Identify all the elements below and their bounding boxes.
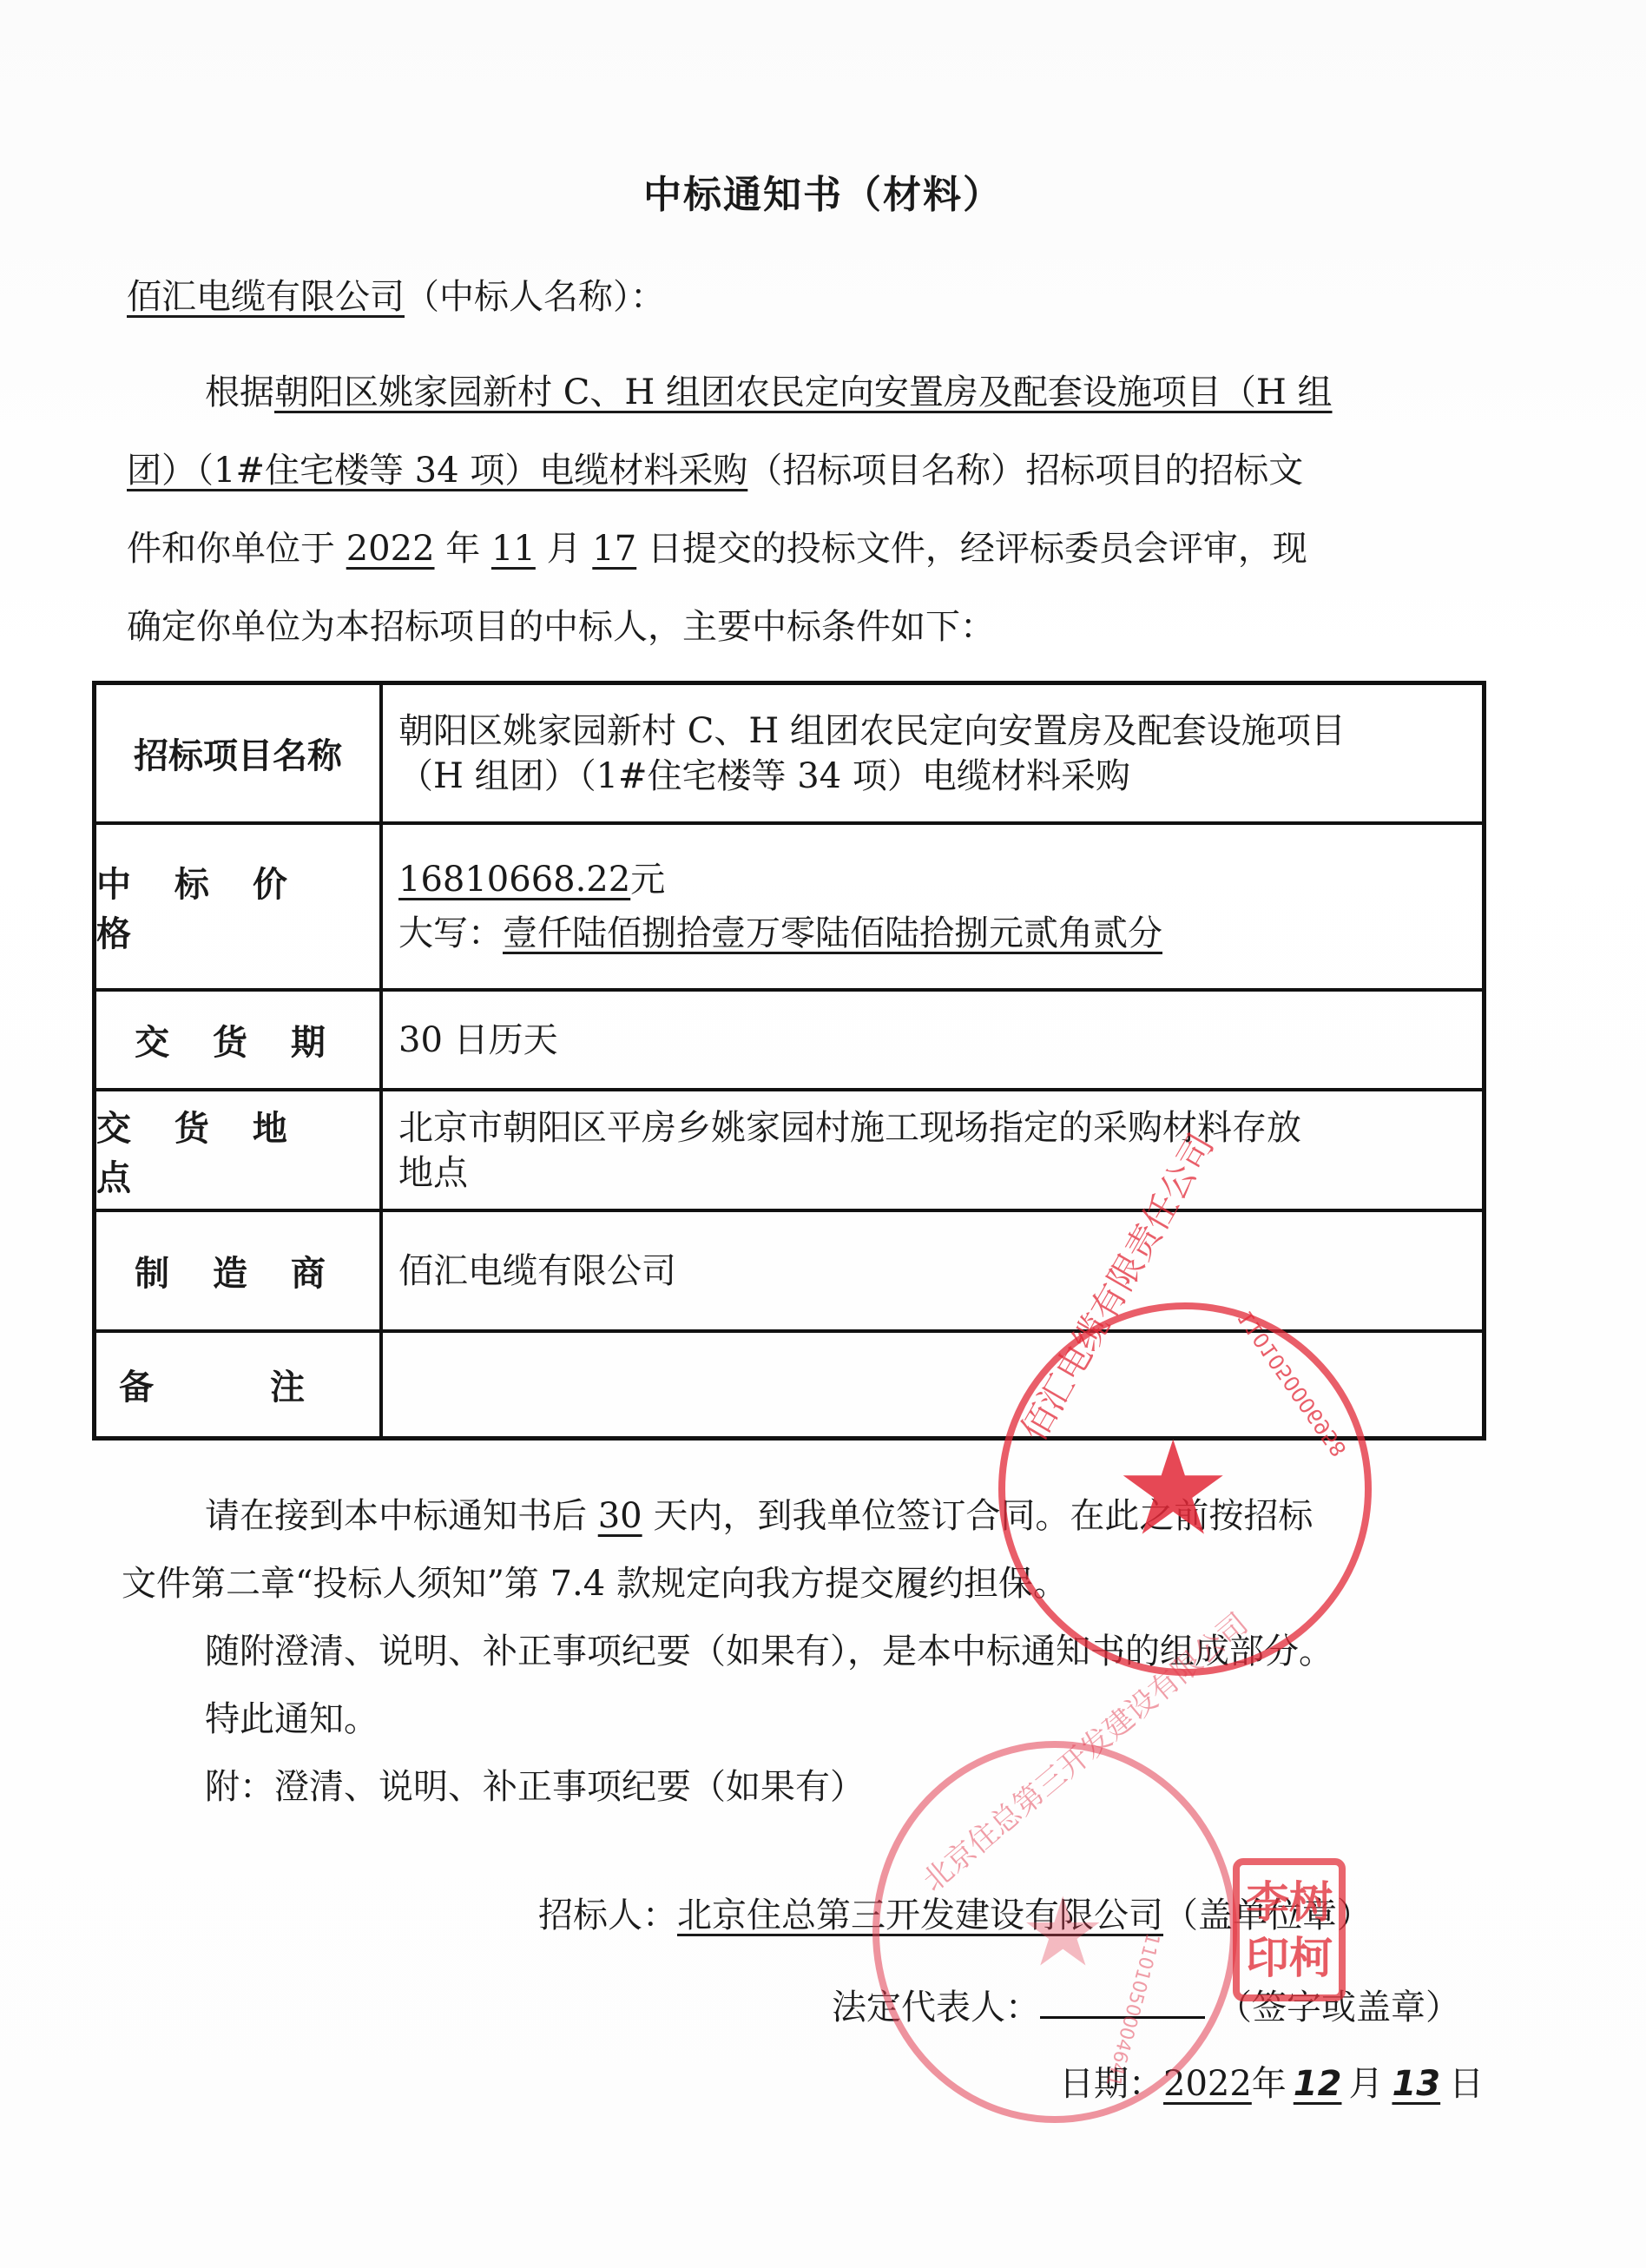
label-project-name: 招标项目名称 — [96, 685, 383, 821]
legal-rep-label: 法定代表人： — [832, 1988, 1040, 2027]
intro-text: 年 — [435, 529, 491, 569]
label-delivery-period: 交 货 期 — [96, 992, 383, 1088]
table-row-project-name: 招标项目名称 朝阳区姚家园新村 C、H 组团农民定向安置房及配套设施项目 （H … — [96, 685, 1482, 825]
table-row-manufacturer: 制 造 商 佰汇电缆有限公司 — [96, 1212, 1482, 1333]
delivery-location-line-2: 地点 — [398, 1150, 1466, 1196]
intro-line-2-suffix: （招标项目名称）招标项目的招标文 — [747, 451, 1303, 491]
date-month-unit: 月 — [1348, 2064, 1383, 2104]
body-para-3: 特此通知。 — [205, 1698, 379, 1740]
intro-prefix: 根据 — [205, 373, 274, 412]
contract-sign-days: 30 — [598, 1496, 642, 1536]
body-para-2: 随附澄清、说明、补正事项纪要（如果有），是本中标通知书的组成部分。 — [205, 1631, 1333, 1672]
value-delivery-period: 30 日历天 — [383, 992, 1482, 1088]
table-row-delivery-location: 交 货 地 点 北京市朝阳区平房乡姚家园村施工现场指定的采购材料存放 地点 — [96, 1091, 1482, 1212]
intro-project-name-part1: 朝阳区姚家园新村 C、H 组团农民定向安置房及配套设施项目（H 组 — [274, 373, 1333, 412]
date-year: 2022 — [1163, 2064, 1252, 2104]
value-delivery-location: 北京市朝阳区平房乡姚家园村施工现场指定的采购材料存放 地点 — [383, 1091, 1482, 1209]
intro-line-1: 根据朝阳区姚家园新村 C、H 组团农民定向安置房及配套设施项目（H 组 — [205, 372, 1333, 413]
table-row-delivery-period: 交 货 期 30 日历天 — [96, 992, 1482, 1091]
date-label: 日期： — [1059, 2064, 1163, 2104]
project-name-line-2: （H 组团）（1#住宅楼等 34 项）电缆材料采购 — [398, 754, 1466, 799]
tenderer-suffix: （盖单位章） — [1163, 1895, 1372, 1935]
date-month-handwritten: 12 — [1287, 2064, 1349, 2104]
addressee-name: 佰汇电缆有限公司 — [127, 277, 405, 317]
bid-price-amount: 16810668.22 — [398, 860, 630, 900]
date-day-unit: 日 — [1449, 2064, 1484, 2104]
value-bid-price: 16810668.22元 大写：壹仟陆佰捌拾壹万零陆佰陆拾捌元贰角贰分 — [383, 825, 1482, 988]
intro-project-name-part2: 团）（1#住宅楼等 34 项）电缆材料采购 — [127, 451, 747, 491]
date-year-unit: 年 — [1252, 2064, 1287, 2104]
label-remarks: 备 注 — [96, 1333, 383, 1436]
body-para-1-line-1: 请在接到本中标通知书后 30 天内，到我单位签订合同。在此之前按招标 — [205, 1495, 1313, 1537]
intro-line-2: 团）（1#住宅楼等 34 项）电缆材料采购（招标项目名称）招标项目的招标文 — [127, 450, 1303, 491]
label-bid-price: 中 标 价 格 — [96, 825, 383, 988]
body-para-1-line-2: 文件第二章“投标人须知”第 7.4 款规定向我方提交履约担保。 — [122, 1563, 1068, 1605]
label-delivery-location: 交 货 地 点 — [96, 1091, 383, 1209]
table-row-remarks: 备 注 — [96, 1333, 1482, 1436]
submission-day: 17 — [592, 529, 636, 569]
table-row-bid-price: 中 标 价 格 16810668.22元 大写：壹仟陆佰捌拾壹万零陆佰陆拾捌元贰… — [96, 825, 1482, 992]
tenderer-label: 招标人： — [538, 1895, 677, 1935]
tenderer-line: 招标人：北京住总第三开发建设有限公司（盖单位章） — [538, 1895, 1372, 1936]
body-text: 请在接到本中标通知书后 — [205, 1496, 598, 1536]
date-day-handwritten: 13 — [1383, 2064, 1449, 2104]
project-name-line-1: 朝阳区姚家园新村 C、H 组团农民定向安置房及配套设施项目 — [398, 709, 1466, 754]
value-project-name: 朝阳区姚家园新村 C、H 组团农民定向安置房及配套设施项目 （H 组团）（1#住… — [383, 685, 1482, 821]
label-manufacturer: 制 造 商 — [96, 1212, 383, 1329]
intro-text: 月 — [536, 529, 592, 569]
legal-rep-line: 法定代表人：（签字或盖章） — [832, 1981, 1460, 2028]
intro-line-3: 件和你单位于 2022 年 11 月 17 日提交的投标文件，经评标委员会评审，… — [127, 528, 1307, 570]
body-text: 天内，到我单位签订合同。在此之前按招标 — [642, 1496, 1314, 1536]
document-page: 中标通知书（材料） 佰汇电缆有限公司（中标人名称）： 根据朝阳区姚家园新村 C、… — [0, 0, 1646, 2268]
submission-year: 2022 — [346, 529, 435, 569]
legal-rep-signature-blank — [1040, 1981, 1205, 2019]
bid-price-unit: 元 — [630, 860, 665, 900]
bid-price-amount-line: 16810668.22元 — [398, 857, 1466, 902]
intro-text: 日提交的投标文件，经评标委员会评审，现 — [636, 529, 1307, 569]
tenderer-name: 北京住总第三开发建设有限公司 — [677, 1895, 1163, 1935]
value-remarks — [383, 1333, 1482, 1436]
intro-text: 件和你单位于 — [127, 529, 346, 569]
addressee-suffix: （中标人名称）： — [405, 277, 665, 317]
delivery-location-line-1: 北京市朝阳区平房乡姚家园村施工现场指定的采购材料存放 — [398, 1105, 1466, 1150]
bid-price-capital: 壹仟陆佰捌拾壹万零陆佰陆拾捌元贰角贰分 — [503, 913, 1162, 953]
submission-month: 11 — [491, 529, 536, 569]
value-manufacturer: 佰汇电缆有限公司 — [383, 1212, 1482, 1329]
date-line: 日期：2022年12月13日 — [1059, 2063, 1484, 2105]
document-title: 中标通知书（材料） — [0, 163, 1646, 219]
bid-price-capital-line: 大写：壹仟陆佰捌拾壹万零陆佰陆拾捌元贰角贰分 — [398, 911, 1466, 956]
award-conditions-table: 招标项目名称 朝阳区姚家园新村 C、H 组团农民定向安置房及配套设施项目 （H … — [92, 681, 1486, 1441]
capital-label: 大写： — [398, 913, 503, 953]
body-attachment: 附：澄清、说明、补正事项纪要（如果有） — [205, 1766, 865, 1808]
addressee-line: 佰汇电缆有限公司（中标人名称）： — [127, 276, 665, 318]
legal-rep-suffix: （签字或盖章） — [1217, 1988, 1460, 2027]
intro-line-4: 确定你单位为本招标项目的中标人，主要中标条件如下： — [127, 606, 995, 648]
